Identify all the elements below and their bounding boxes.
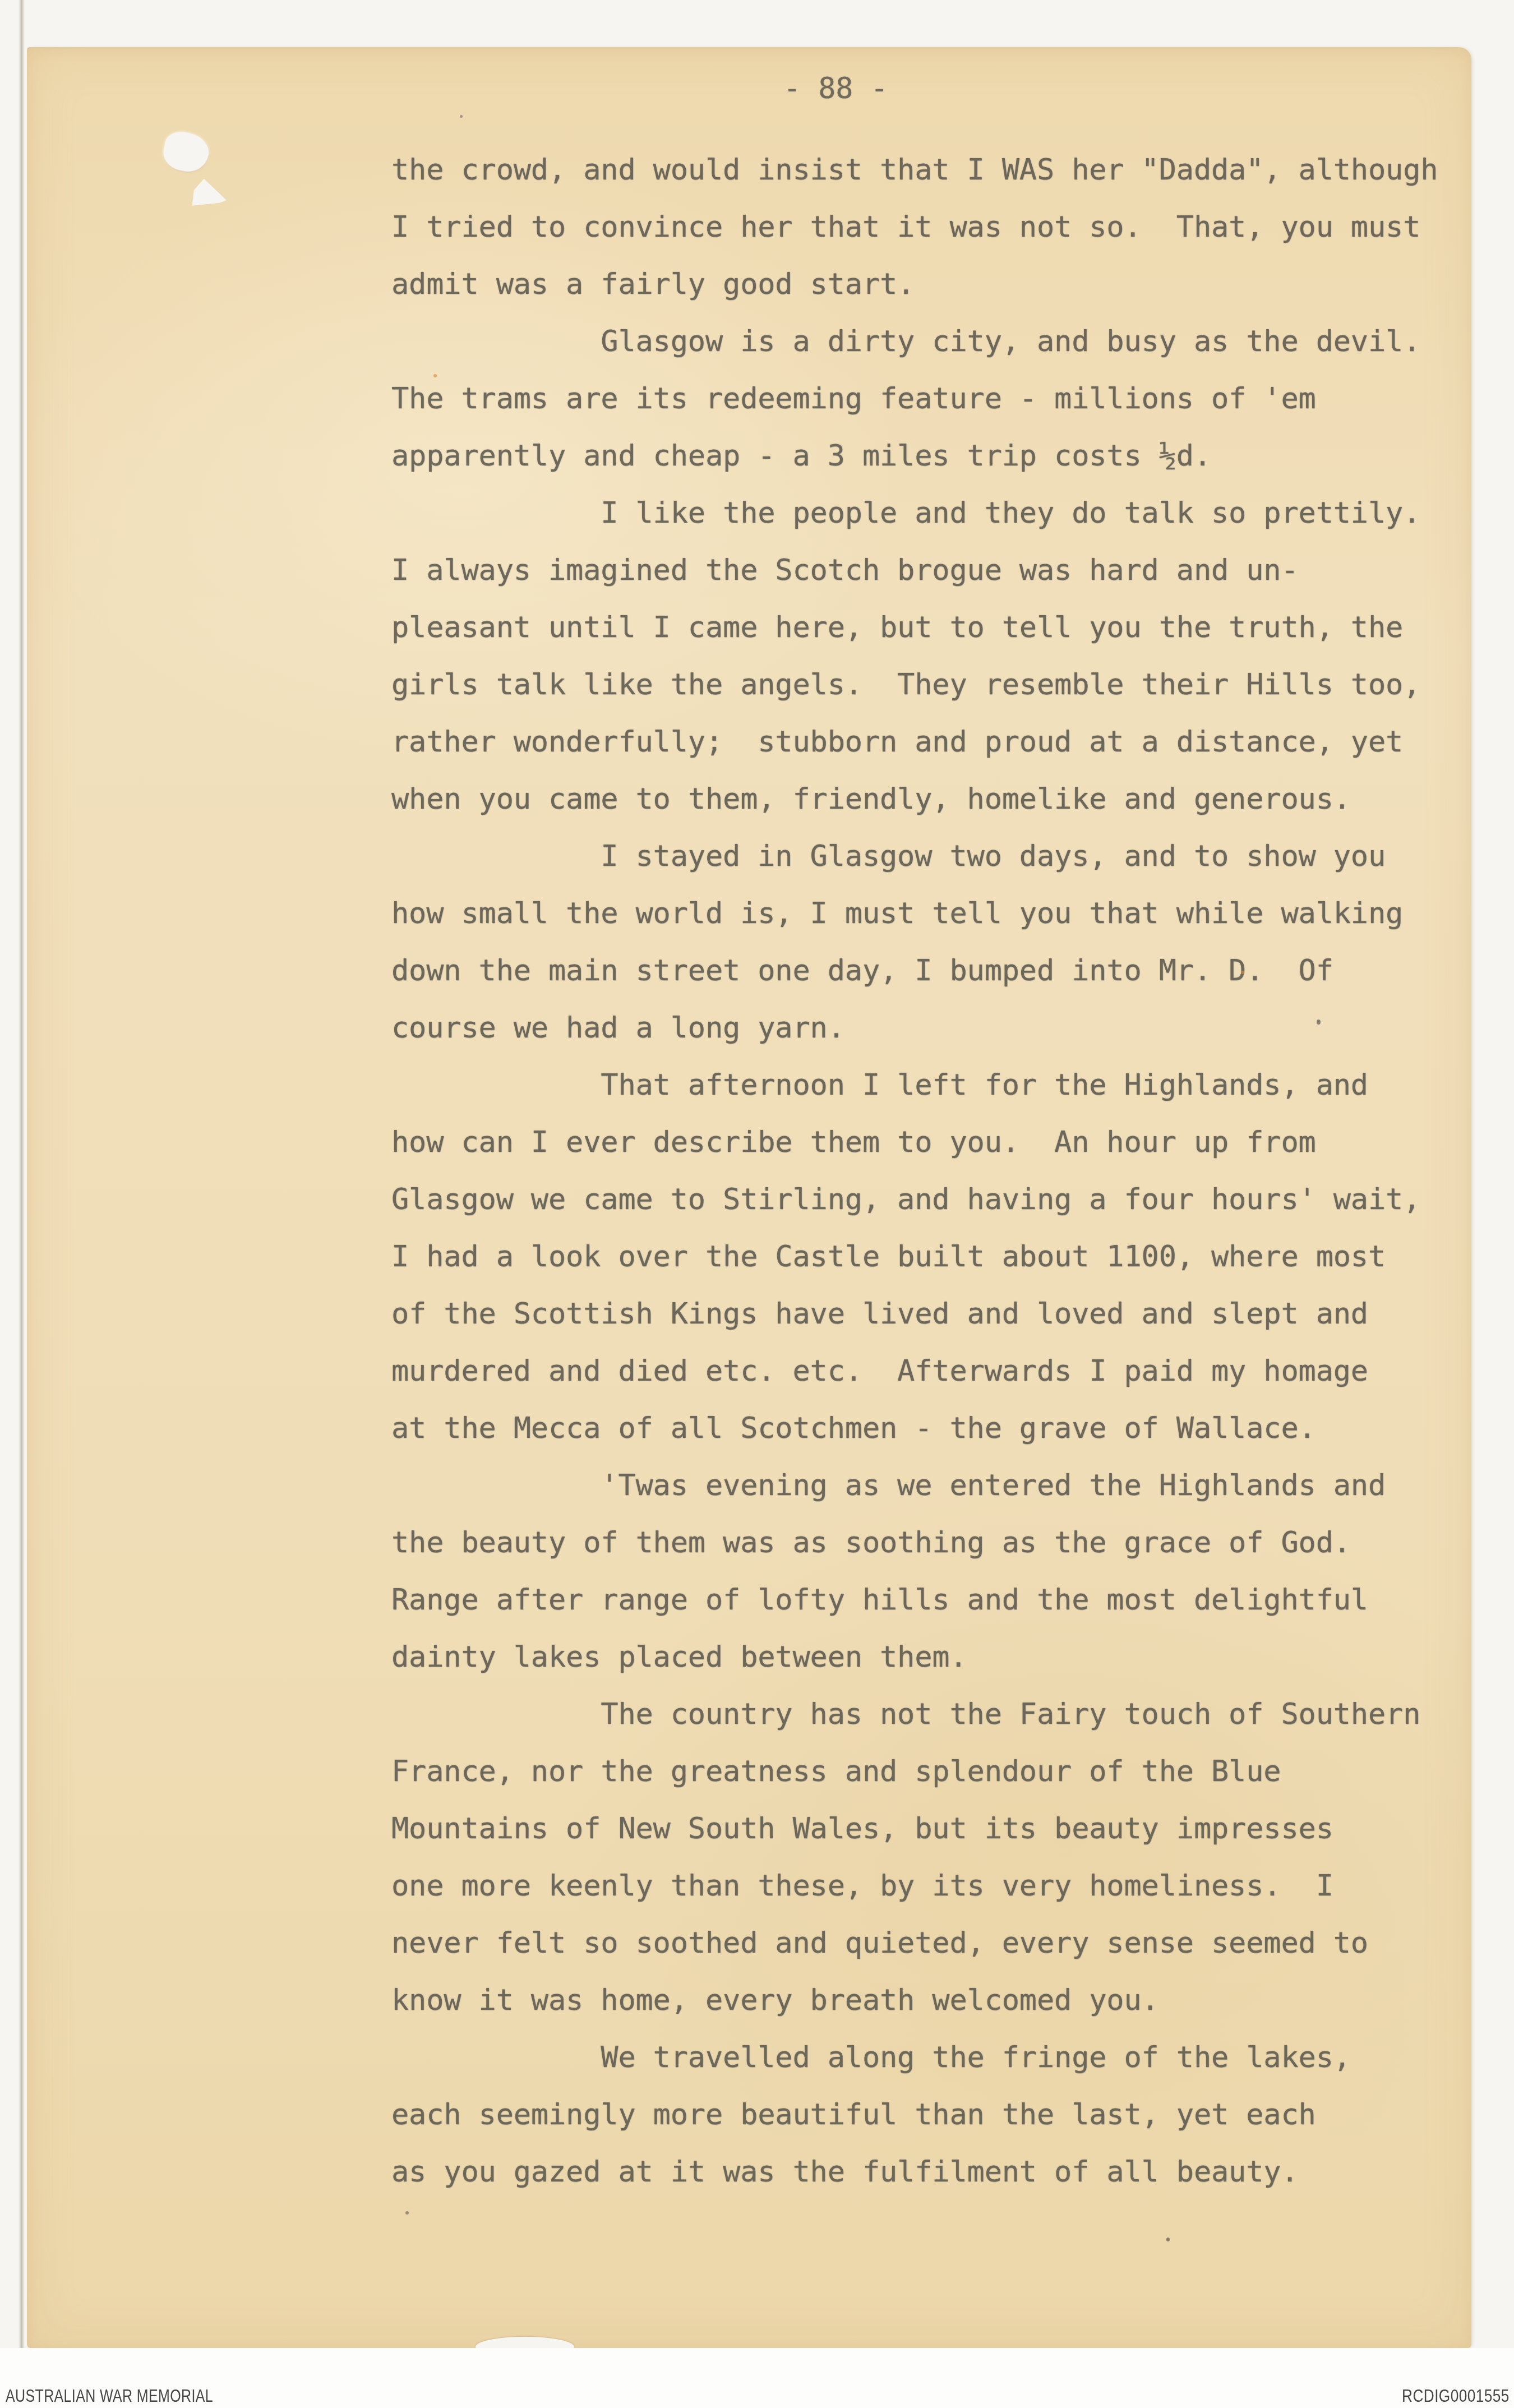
typed-line: down the main street one day, I bumped i…: [391, 956, 1333, 986]
paper-speck: [433, 374, 437, 377]
typed-line: We travelled along the fringe of the lak…: [391, 2042, 1351, 2073]
typed-line: how small the world is, I must tell you …: [391, 898, 1403, 929]
typed-line: at the Mecca of all Scotchmen - the grav…: [391, 1413, 1316, 1443]
typed-line: admit was a fairly good start.: [391, 269, 915, 299]
typed-line: girls talk like the angels. They resembl…: [391, 670, 1420, 700]
typed-line: how can I ever describe them to you. An …: [391, 1127, 1316, 1157]
typed-line: I tried to convince her that it was not …: [391, 212, 1420, 242]
ink-speck: [460, 115, 463, 118]
typed-line: rather wonderfully; stubborn and proud a…: [391, 727, 1403, 757]
letter-page: - 88 - the crowd, and would insist that …: [27, 47, 1471, 2348]
letter-body: the crowd, and would insist that I WAS h…: [27, 47, 1471, 2348]
typed-line: The country has not the Fairy touch of S…: [391, 1699, 1420, 1729]
typed-line: France, nor the greatness and splendour …: [391, 1756, 1281, 1787]
ink-speck: [405, 2211, 409, 2215]
footer-bar: AUSTRALIAN WAR MEMORIAL RCDIG0001555: [0, 2348, 1514, 2408]
typed-line: murdered and died etc. etc. Afterwards I…: [391, 1356, 1368, 1386]
typed-line: That afternoon I left for the Highlands,…: [391, 1070, 1368, 1100]
typed-line: 'Twas evening as we entered the Highland…: [391, 1470, 1386, 1501]
typed-line: Range after range of lofty hills and the…: [391, 1585, 1368, 1615]
typed-line: I stayed in Glasgow two days, and to sho…: [391, 841, 1386, 871]
typed-line: never felt so soothed and quieted, every…: [391, 1928, 1368, 1958]
archive-name-label: AUSTRALIAN WAR MEMORIAL: [6, 2386, 213, 2406]
typed-line: know it was home, every breath welcomed …: [391, 1985, 1159, 2015]
document-id-label: RCDIG0001555: [1402, 2386, 1510, 2406]
typed-line: pleasant until I came here, but to tell …: [391, 612, 1403, 643]
typed-line: of the Scottish Kings have lived and lov…: [391, 1299, 1368, 1329]
typed-line: I like the people and they do talk so pr…: [391, 498, 1420, 528]
typed-line: I always imagined the Scotch brogue was …: [391, 555, 1299, 585]
typed-line: as you gazed at it was the fulfilment of…: [391, 2157, 1299, 2187]
typed-line: each seemingly more beautiful than the l…: [391, 2100, 1316, 2130]
typed-line: course we had a long yarn.: [391, 1013, 845, 1043]
typed-line: Mountains of New South Wales, but its be…: [391, 1814, 1333, 1844]
typed-line: the beauty of them was as soothing as th…: [391, 1528, 1351, 1558]
typed-line: Glasgow we came to Stirling, and having …: [391, 1184, 1420, 1215]
ink-speck: [1166, 2238, 1170, 2241]
typed-line: I had a look over the Castle built about…: [391, 1242, 1386, 1272]
scan-edge-shadow: [19, 0, 25, 2348]
typed-line: dainty lakes placed between them.: [391, 1642, 967, 1672]
typed-line: apparently and cheap - a 3 miles trip co…: [391, 441, 1211, 471]
typed-line: one more keenly than these, by its very …: [391, 1871, 1333, 1901]
typed-line: when you came to them, friendly, homelik…: [391, 784, 1351, 814]
typed-line: The trams are its redeeming feature - mi…: [391, 384, 1316, 414]
paper-speck: [1241, 971, 1244, 974]
typed-line: Glasgow is a dirty city, and busy as the…: [391, 326, 1420, 357]
ink-speck: [1317, 1020, 1321, 1025]
typed-line: the crowd, and would insist that I WAS h…: [391, 155, 1438, 185]
scanned-document: - 88 - the crowd, and would insist that …: [0, 0, 1514, 2408]
